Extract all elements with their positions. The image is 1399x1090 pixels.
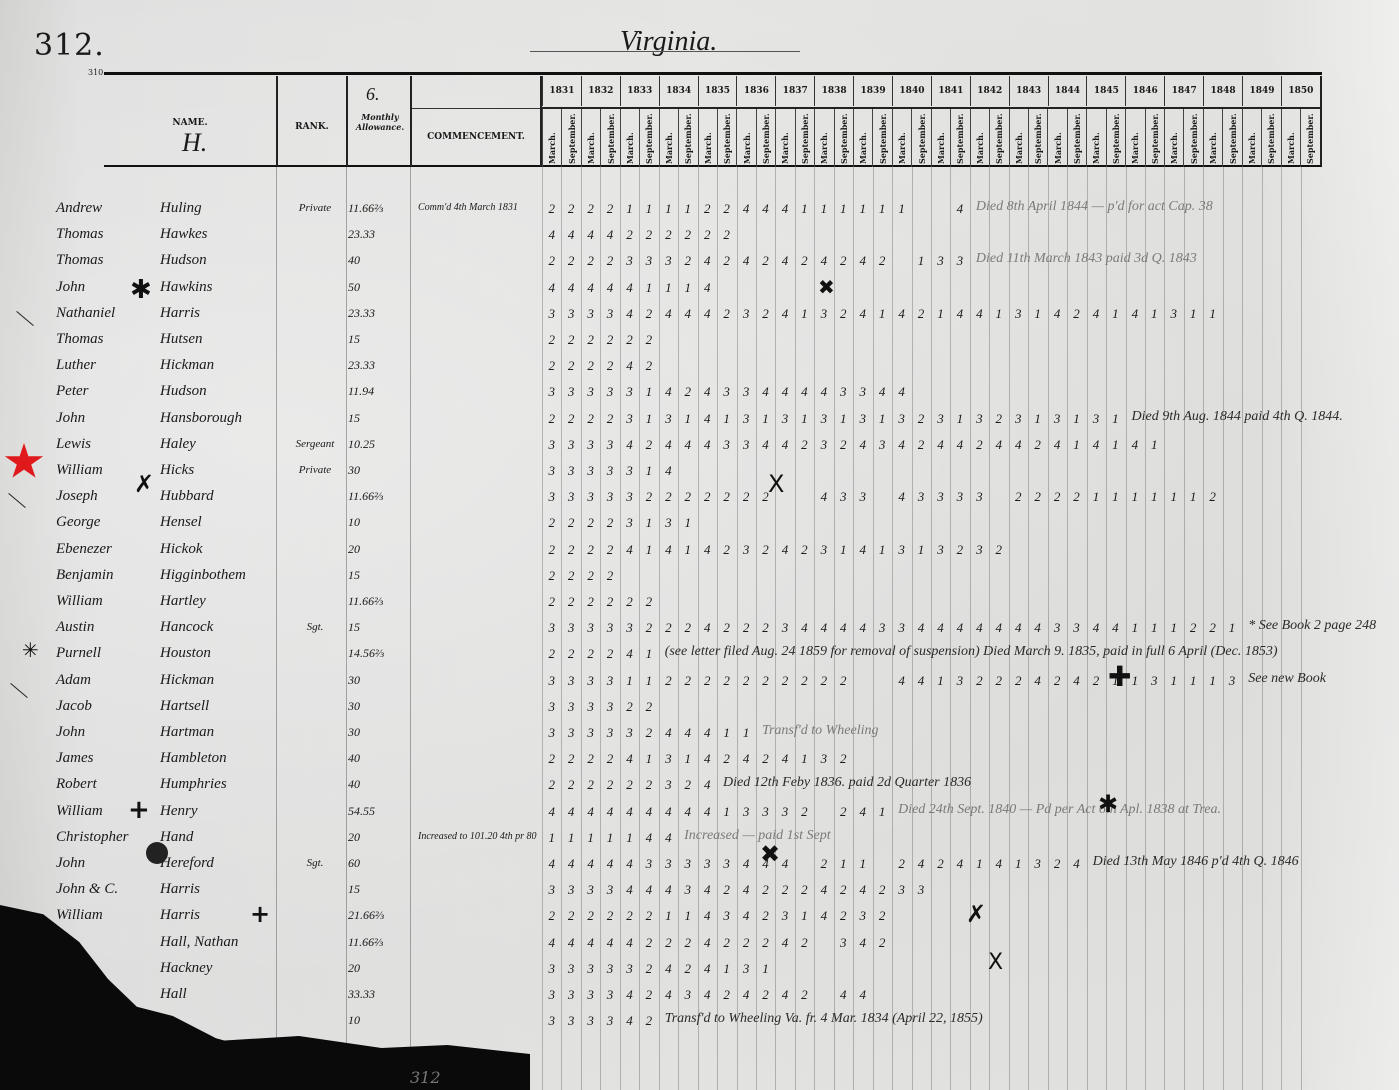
payment-entry: 2 bbox=[717, 673, 736, 689]
title-rule bbox=[530, 51, 800, 52]
payment-entry: 4 bbox=[775, 201, 794, 217]
payment-entry: 2 bbox=[1028, 489, 1047, 505]
last-name: Hickman bbox=[160, 672, 280, 689]
payment-entry: 4 bbox=[911, 856, 930, 872]
payment-entry: 2 bbox=[639, 1013, 658, 1029]
payment-entry: 2 bbox=[736, 489, 755, 505]
payment-entry: 3 bbox=[717, 437, 736, 453]
payment-entry: 4 bbox=[678, 437, 697, 453]
monthly-allowance: 11.66⅔ bbox=[348, 935, 410, 950]
payment-entry: 1 bbox=[756, 961, 775, 977]
payment-entry: 2 bbox=[639, 987, 658, 1003]
payment-entry: 4 bbox=[950, 856, 969, 872]
payment-entry: 2 bbox=[581, 332, 600, 348]
payment-entry: 4 bbox=[931, 620, 950, 636]
payment-entry: 4 bbox=[853, 542, 872, 558]
payment-entry: 3 bbox=[542, 987, 561, 1003]
payment-entry: 1 bbox=[872, 306, 891, 322]
payment-entry: 2 bbox=[561, 201, 580, 217]
month-header: March. bbox=[814, 109, 833, 167]
table-row: John & C.Harris1533334443424222424233 bbox=[0, 877, 1399, 903]
payment-entry: 4 bbox=[620, 935, 639, 951]
payment-entry: 4 bbox=[698, 437, 717, 453]
cross-mark: ✚ bbox=[1108, 660, 1131, 693]
payment-entry: 2 bbox=[561, 777, 580, 793]
payment-entry: 3 bbox=[542, 699, 561, 715]
payment-entry: 3 bbox=[581, 882, 600, 898]
monthly-allowance: 11.66⅔ bbox=[348, 489, 410, 504]
payment-entry: 2 bbox=[1203, 620, 1222, 636]
payment-entry: 4 bbox=[581, 935, 600, 951]
payment-entry: 4 bbox=[542, 935, 561, 951]
payment-cells: 22221111224441111114 bbox=[542, 201, 970, 217]
monthly-allowance: 30 bbox=[348, 699, 410, 714]
last-name: Hickok bbox=[160, 541, 280, 558]
payment-entry: 3 bbox=[853, 411, 872, 427]
year-header: 1838 bbox=[814, 76, 853, 106]
payment-entry: 3 bbox=[600, 961, 619, 977]
month-header: September. bbox=[1028, 109, 1047, 167]
payment-entry: 4 bbox=[620, 280, 639, 296]
payment-entry: 4 bbox=[698, 908, 717, 924]
payment-entry: 2 bbox=[561, 751, 580, 767]
payment-entry: 2 bbox=[620, 594, 639, 610]
payment-entry: 4 bbox=[698, 987, 717, 1003]
payment-entry: 3 bbox=[736, 961, 755, 977]
payment-entry: 3 bbox=[620, 384, 639, 400]
payment-entry: 1 bbox=[678, 201, 697, 217]
payment-entry: 4 bbox=[775, 306, 794, 322]
rank: Private bbox=[280, 202, 350, 214]
payment-cells: 222242 bbox=[542, 358, 659, 374]
payment-entry: 1 bbox=[1183, 673, 1202, 689]
payment-entry: 2 bbox=[970, 673, 989, 689]
payment-entry: 1 bbox=[1009, 856, 1028, 872]
payment-entry: 2 bbox=[775, 673, 794, 689]
payment-entry: 1 bbox=[717, 961, 736, 977]
payment-entry: 4 bbox=[581, 227, 600, 243]
payment-entry: 4 bbox=[620, 804, 639, 820]
payment-entry: 1 bbox=[872, 201, 891, 217]
payment-entry: 3 bbox=[620, 489, 639, 505]
payment-entry: 3 bbox=[834, 384, 853, 400]
payment-entry: 2 bbox=[717, 489, 736, 505]
payment-entry: 4 bbox=[659, 542, 678, 558]
payment-entry: 2 bbox=[989, 411, 1008, 427]
cross-mark: + bbox=[250, 900, 270, 928]
payment-entry: 1 bbox=[1125, 620, 1144, 636]
payment-entry: 1 bbox=[1028, 411, 1047, 427]
payment-entry: 3 bbox=[814, 542, 833, 558]
payment-entry: 2 bbox=[1203, 489, 1222, 505]
last-name: Hall, Nathan bbox=[160, 934, 280, 951]
payment-entry: 2 bbox=[717, 253, 736, 269]
payment-entry: 2 bbox=[581, 646, 600, 662]
payment-entry: 2 bbox=[659, 935, 678, 951]
payment-entry: 3 bbox=[600, 725, 619, 741]
payment-entry: 3 bbox=[950, 673, 969, 689]
payment-entry: 1 bbox=[756, 411, 775, 427]
last-name: Hudson bbox=[160, 252, 280, 269]
table-row: 10333342Transf'd to Wheeling Va. fr. 4 M… bbox=[0, 1008, 1399, 1034]
payment-entry: 3 bbox=[1028, 856, 1047, 872]
first-name: Jacob bbox=[56, 698, 156, 715]
payment-cells: 222241414232423141313232 bbox=[542, 542, 1009, 558]
payment-entry: 4 bbox=[775, 987, 794, 1003]
payment-entry: 2 bbox=[756, 882, 775, 898]
first-name: Thomas bbox=[56, 226, 156, 243]
payment-entry: 2 bbox=[542, 253, 561, 269]
x-mark: ✗ bbox=[966, 900, 986, 928]
payment-entry: 1 bbox=[639, 646, 658, 662]
payment-entry: 2 bbox=[581, 253, 600, 269]
first-name: William bbox=[56, 593, 156, 610]
payment-entry: 4 bbox=[620, 358, 639, 374]
payment-entry: 4 bbox=[775, 542, 794, 558]
payment-entry: 3 bbox=[620, 725, 639, 741]
monthly-allowance: 23.33 bbox=[348, 227, 410, 242]
payment-entry: 2 bbox=[620, 699, 639, 715]
payment-entry: 3 bbox=[736, 384, 755, 400]
payment-entry: 4 bbox=[1086, 620, 1105, 636]
payment-entry: 4 bbox=[911, 620, 930, 636]
prior-page-number: 310 bbox=[88, 68, 103, 77]
payment-entry: 1 bbox=[639, 673, 658, 689]
payment-entry: 1 bbox=[1067, 437, 1086, 453]
payment-entry: 2 bbox=[795, 804, 814, 820]
allowance-header: Monthly Allowance. bbox=[350, 112, 410, 132]
first-name: Benjamin bbox=[56, 567, 156, 584]
payment-entry bbox=[795, 856, 814, 872]
payment-entry: 2 bbox=[561, 515, 580, 531]
payment-entry: 2 bbox=[581, 751, 600, 767]
name-letter-header: H. bbox=[182, 128, 207, 158]
month-header: March. bbox=[775, 109, 794, 167]
payment-entry: 1 bbox=[600, 830, 619, 846]
payment-entry: 2 bbox=[581, 411, 600, 427]
x-mark: X bbox=[988, 950, 1003, 975]
payment-entry: 3 bbox=[561, 987, 580, 1003]
payment-entry: 3 bbox=[698, 856, 717, 872]
commencement-header: COMMENCEMENT. bbox=[414, 132, 538, 142]
month-header: September. bbox=[911, 109, 930, 167]
payment-cells: 33334244423241324142144131424141311 bbox=[542, 306, 1222, 322]
monthly-allowance: 20 bbox=[348, 542, 410, 557]
payment-entry: 4 bbox=[989, 856, 1008, 872]
payment-entry: 2 bbox=[542, 542, 561, 558]
payment-entry: 1 bbox=[639, 515, 658, 531]
payment-entry: 2 bbox=[542, 201, 561, 217]
first-name: Thomas bbox=[56, 331, 156, 348]
payment-cells: 222222 bbox=[542, 332, 659, 348]
payment-entry: 3 bbox=[542, 725, 561, 741]
payment-entry: 3 bbox=[542, 463, 561, 479]
payment-entry: 4 bbox=[970, 620, 989, 636]
rank: Sergeant bbox=[280, 438, 350, 450]
annotation: (see letter filed Aug. 24 1859 for remov… bbox=[665, 644, 1278, 660]
payment-entry: 4 bbox=[892, 384, 911, 400]
payment-entry: 1 bbox=[1164, 489, 1183, 505]
payment-entry: 3 bbox=[659, 411, 678, 427]
payment-entry: 4 bbox=[736, 201, 755, 217]
payment-entry: 3 bbox=[853, 908, 872, 924]
payment-entry: 2 bbox=[678, 227, 697, 243]
table-row: PeterHudson11.943333314243344443344 bbox=[0, 379, 1399, 405]
payment-entry: 1 bbox=[795, 908, 814, 924]
payment-entry: 2 bbox=[639, 489, 658, 505]
state-title: Virginia. bbox=[620, 26, 717, 58]
payment-cells: 33334443424222424233 bbox=[542, 882, 931, 898]
payment-cells: 3333424342424244 bbox=[542, 987, 872, 1003]
annotation: * See Book 2 page 248 bbox=[1248, 618, 1376, 634]
payment-entry: 4 bbox=[620, 987, 639, 1003]
payment-entry: 1 bbox=[1106, 306, 1125, 322]
payment-entry: 2 bbox=[542, 751, 561, 767]
payment-entry: 3 bbox=[581, 987, 600, 1003]
payment-entry bbox=[853, 673, 872, 689]
payment-entry: 2 bbox=[620, 227, 639, 243]
payment-entry: 3 bbox=[1145, 673, 1164, 689]
payment-entry bbox=[795, 489, 814, 505]
payment-entry: 4 bbox=[620, 856, 639, 872]
payment-entry: 2 bbox=[717, 987, 736, 1003]
payment-entry: 2 bbox=[795, 542, 814, 558]
year-header: 1834 bbox=[659, 76, 698, 106]
payment-entry: 3 bbox=[659, 856, 678, 872]
payment-entry: 1 bbox=[814, 201, 833, 217]
payment-entry: 3 bbox=[678, 882, 697, 898]
payment-entry: 2 bbox=[775, 882, 794, 898]
payment-entry: 4 bbox=[659, 830, 678, 846]
payment-entry: 3 bbox=[1047, 620, 1066, 636]
payment-entry: 2 bbox=[756, 542, 775, 558]
page-number: 312. bbox=[34, 28, 105, 63]
payment-entry: 2 bbox=[561, 253, 580, 269]
payment-entry: 3 bbox=[561, 306, 580, 322]
payment-entry: 3 bbox=[561, 882, 580, 898]
payment-entry: 4 bbox=[542, 856, 561, 872]
payment-entry: 2 bbox=[600, 201, 619, 217]
first-name: John & C. bbox=[56, 881, 156, 898]
year-headers: 1831183218331834183518361837183818391840… bbox=[542, 76, 1320, 106]
monthly-allowance: 10.25 bbox=[348, 437, 410, 452]
payment-entry: 4 bbox=[853, 882, 872, 898]
payment-entry: 1 bbox=[542, 830, 561, 846]
payment-entry: 1 bbox=[1028, 306, 1047, 322]
payment-entry: 1 bbox=[678, 280, 697, 296]
monthly-allowance: 33.33 bbox=[348, 987, 410, 1002]
payment-entry: 2 bbox=[872, 935, 891, 951]
payment-entry: 4 bbox=[814, 384, 833, 400]
monthly-allowance: 10 bbox=[348, 1013, 410, 1028]
payment-entry: 1 bbox=[911, 253, 930, 269]
name-header: NAME. bbox=[160, 118, 220, 128]
x-mark: ✗ bbox=[134, 470, 154, 498]
payment-cells: 222241 bbox=[542, 646, 659, 662]
payment-entry: 3 bbox=[659, 515, 678, 531]
payment-entry: 1 bbox=[1203, 306, 1222, 322]
payment-entry: 4 bbox=[853, 253, 872, 269]
table-row: Hall, Nathan11.66⅔44444222422242342 bbox=[0, 930, 1399, 956]
payment-entry: 4 bbox=[892, 306, 911, 322]
payment-entry: 3 bbox=[931, 542, 950, 558]
payment-entry: 2 bbox=[756, 908, 775, 924]
payment-entry: 4 bbox=[795, 384, 814, 400]
monthly-allowance: 40 bbox=[348, 253, 410, 268]
table-row: WilliamHenry54.5544444444413332241Died 2… bbox=[0, 799, 1399, 825]
payment-entry: 2 bbox=[989, 673, 1008, 689]
month-header: September. bbox=[989, 109, 1008, 167]
year-header: 1843 bbox=[1009, 76, 1048, 106]
payment-entry: 2 bbox=[892, 856, 911, 872]
payment-cells: 222222 bbox=[542, 594, 659, 610]
payment-entry: 2 bbox=[872, 253, 891, 269]
last-name: Hancock bbox=[160, 619, 280, 636]
payment-entry: 3 bbox=[561, 699, 580, 715]
payment-entry: 4 bbox=[659, 437, 678, 453]
payment-entry: 3 bbox=[1164, 306, 1183, 322]
payment-entry: 2 bbox=[756, 935, 775, 951]
payment-entry bbox=[872, 673, 891, 689]
last-name: Hudson bbox=[160, 383, 280, 400]
payment-entry: 2 bbox=[600, 253, 619, 269]
payment-entry: 2 bbox=[581, 594, 600, 610]
payment-cells: 444441114 bbox=[542, 280, 717, 296]
table-row: ThomasHutsen15222222 bbox=[0, 327, 1399, 353]
payment-entry: 1 bbox=[639, 751, 658, 767]
table-row: AdamHickman30333311222222222244132224242… bbox=[0, 668, 1399, 694]
payment-entry: 3 bbox=[756, 804, 775, 820]
table-row: BenjaminHigginbothem152222 bbox=[0, 563, 1399, 589]
payment-entry: 3 bbox=[911, 882, 930, 898]
payment-entry: 2 bbox=[561, 332, 580, 348]
payment-cells: 222233324242424242133 bbox=[542, 253, 970, 269]
payment-entry: 3 bbox=[620, 463, 639, 479]
payment-entry: 1 bbox=[1086, 489, 1105, 505]
payment-entry: 1 bbox=[678, 908, 697, 924]
payment-entry: 4 bbox=[834, 987, 853, 1003]
month-header: September. bbox=[561, 109, 580, 167]
payment-entry: 2 bbox=[639, 358, 658, 374]
payment-entry: 4 bbox=[659, 882, 678, 898]
payment-entry: 2 bbox=[678, 384, 697, 400]
payment-entry: 3 bbox=[814, 751, 833, 767]
payment-entry: 2 bbox=[698, 201, 717, 217]
payment-entry: 4 bbox=[600, 280, 619, 296]
payment-entry: 2 bbox=[581, 515, 600, 531]
payment-entry: 2 bbox=[639, 935, 658, 951]
payment-entry: 3 bbox=[581, 620, 600, 636]
payment-entry: 3 bbox=[639, 856, 658, 872]
table-row: AustinHancockSgt.15333332224222344443344… bbox=[0, 615, 1399, 641]
torn-edge bbox=[200, 1030, 530, 1090]
first-name: Thomas bbox=[56, 252, 156, 269]
payment-entry: 1 bbox=[717, 411, 736, 427]
payment-entry: 2 bbox=[678, 489, 697, 505]
annotation: Died 11th March 1843 paid 3d Q. 1843 bbox=[976, 251, 1197, 267]
payment-entry: 2 bbox=[931, 856, 950, 872]
payment-entry: 3 bbox=[620, 620, 639, 636]
month-header: September. bbox=[795, 109, 814, 167]
payment-entry: 4 bbox=[620, 306, 639, 322]
payment-entry: 4 bbox=[620, 437, 639, 453]
payment-entry: 4 bbox=[853, 306, 872, 322]
annotation: See new Book bbox=[1248, 671, 1326, 687]
payment-entry: 4 bbox=[639, 830, 658, 846]
payment-cells: 44444444413332241 bbox=[542, 804, 892, 820]
payment-entry: 1 bbox=[639, 201, 658, 217]
payment-entry: 1 bbox=[639, 280, 658, 296]
payment-entry: 3 bbox=[542, 437, 561, 453]
payment-entry: 4 bbox=[814, 253, 833, 269]
monthly-allowance: 30 bbox=[348, 725, 410, 740]
year-header: 1831 bbox=[542, 76, 581, 106]
payment-entry: 2 bbox=[542, 411, 561, 427]
payment-entry: 2 bbox=[1047, 489, 1066, 505]
payment-entry: 2 bbox=[795, 437, 814, 453]
payment-entry: 3 bbox=[892, 882, 911, 898]
payment-entry: 4 bbox=[853, 935, 872, 951]
month-header: March. bbox=[581, 109, 600, 167]
payment-entry: 3 bbox=[542, 384, 561, 400]
payment-entry: 4 bbox=[581, 280, 600, 296]
payment-entry: 3 bbox=[717, 384, 736, 400]
last-name: Hackney bbox=[160, 960, 280, 977]
payment-entry: 1 bbox=[581, 830, 600, 846]
table-row: RobertHumphries40222222324Died 12th Feby… bbox=[0, 772, 1399, 798]
payment-entry: 3 bbox=[911, 489, 930, 505]
payment-entry: 4 bbox=[736, 856, 755, 872]
last-name: Hambleton bbox=[160, 750, 280, 767]
payment-entry: 2 bbox=[834, 804, 853, 820]
commencement-rule bbox=[412, 108, 540, 109]
payment-entry: 1 bbox=[659, 201, 678, 217]
first-name: Nathaniel bbox=[56, 305, 156, 322]
first-name: Lewis bbox=[56, 436, 156, 453]
payment-entry: 4 bbox=[620, 1013, 639, 1029]
payment-entry: 3 bbox=[542, 1013, 561, 1029]
payment-entry: 3 bbox=[892, 542, 911, 558]
month-headers: March.September.March.September.March.Se… bbox=[542, 107, 1320, 167]
payment-entry: 4 bbox=[639, 882, 658, 898]
payment-entry: 2 bbox=[581, 201, 600, 217]
column-divider bbox=[276, 76, 278, 166]
payment-entry: 2 bbox=[639, 227, 658, 243]
payment-entry: 1 bbox=[1145, 437, 1164, 453]
payment-entry: 3 bbox=[736, 804, 755, 820]
payment-entry: 4 bbox=[698, 306, 717, 322]
last-name: Hansborough bbox=[160, 410, 280, 427]
payment-entry: 2 bbox=[1009, 489, 1028, 505]
payment-entry: 2 bbox=[911, 306, 930, 322]
month-header: September. bbox=[639, 109, 658, 167]
payment-entry: 4 bbox=[756, 201, 775, 217]
table-row: GeorgeHensel1022223131 bbox=[0, 510, 1399, 536]
payment-entry: 4 bbox=[581, 856, 600, 872]
payment-entry: 1 bbox=[736, 725, 755, 741]
payment-entry: 1 bbox=[1183, 306, 1202, 322]
payment-entry: 1 bbox=[853, 856, 872, 872]
payment-entry: 4 bbox=[1086, 306, 1105, 322]
payment-cells: 3333314 bbox=[542, 463, 678, 479]
month-header: March. bbox=[1009, 109, 1028, 167]
year-header: 1850 bbox=[1281, 76, 1320, 106]
payment-entry: 1 bbox=[678, 515, 697, 531]
payment-entry: 3 bbox=[561, 1013, 580, 1029]
payment-entry bbox=[814, 935, 833, 951]
payment-entry: 4 bbox=[1125, 437, 1144, 453]
payment-entry: 2 bbox=[678, 935, 697, 951]
